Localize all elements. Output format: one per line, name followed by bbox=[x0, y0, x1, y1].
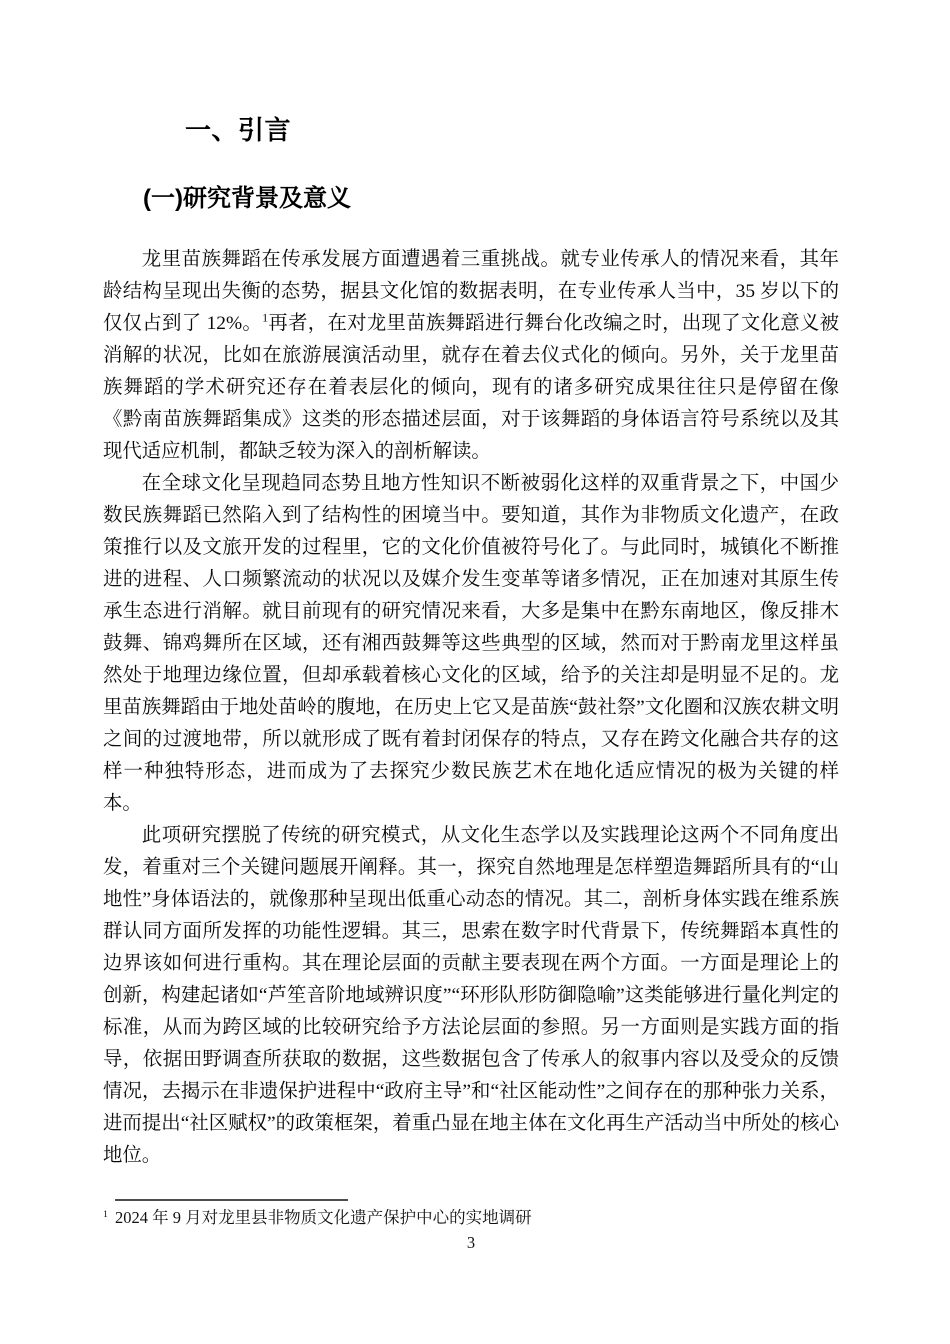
footnote-separator bbox=[115, 1199, 348, 1201]
footnote: 12024 年 9 月对龙里县非物质文化遗产保护中心的实地调研 bbox=[103, 1206, 839, 1229]
page-number: 3 bbox=[103, 1233, 839, 1253]
paragraph-2: 在全球文化呈现趋同态势且地方性知识不断被弱化这样的双重背景之下，中国少数民族舞蹈… bbox=[103, 468, 839, 820]
paragraph-3: 此项研究摆脱了传统的研究模式，从文化生态学以及实践理论这两个不同角度出发，着重对… bbox=[103, 820, 839, 1172]
document-page: 一、引言 (一)研究背景及意义 龙里苗族舞蹈在传承发展方面遭遇着三重挑战。就专业… bbox=[0, 0, 950, 1344]
body-text: 龙里苗族舞蹈在传承发展方面遭遇着三重挑战。就专业传承人的情况来看，其年龄结构呈现… bbox=[103, 244, 839, 1172]
subsection-heading: (一)研究背景及意义 bbox=[143, 185, 351, 213]
footnote-area: 12024 年 9 月对龙里县非物质文化遗产保护中心的实地调研 bbox=[103, 1199, 839, 1229]
footnote-marker: 1 bbox=[103, 1209, 108, 1220]
paragraph-1-text-continued: 再者，在对龙里苗族舞蹈进行舞台化改编之时，出现了文化意义被消解的状况，比如在旅游… bbox=[103, 313, 839, 462]
footnote-text: 2024 年 9 月对龙里县非物质文化遗产保护中心的实地调研 bbox=[115, 1208, 532, 1227]
paragraph-1: 龙里苗族舞蹈在传承发展方面遭遇着三重挑战。就专业传承人的情况来看，其年龄结构呈现… bbox=[103, 244, 839, 468]
section-heading: 一、引言 bbox=[185, 116, 291, 146]
